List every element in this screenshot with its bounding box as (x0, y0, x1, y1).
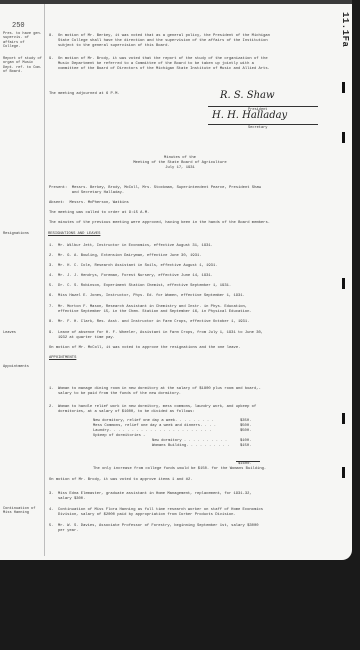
absent-list: Absent: Messrs. McPherson, Watkins (49, 201, 129, 206)
margin-note-resignations: Resignations (3, 232, 43, 236)
side-stamp: 11.1Fa (340, 12, 350, 47)
appointment-item: Woman to manage dining room in new dormi… (58, 387, 261, 392)
upkeep-amount: $150. (240, 444, 251, 449)
margin-note: Report of study of organ of Music Dept. … (3, 57, 43, 75)
salary-total: $1600. (238, 462, 252, 467)
appointment-item: salary $300. (58, 497, 85, 502)
section-heading-resignations: RESIGNATIONS AND LEAVES (48, 232, 100, 237)
item-number: 4. (49, 508, 54, 512)
resignation-item: Miss Hazel E. Jones, Instructor, Phys. E… (58, 294, 245, 299)
appointment-item: per year. (58, 529, 79, 534)
president-signature: R. S. Shaw (220, 90, 275, 101)
resignations-motion: On motion of Mr. McColl, it was voted to… (49, 346, 240, 351)
appointment-item: Miss Edna Elemaster, graduate assistant … (58, 492, 252, 497)
appointments-motion: On motion of Mr. Brody, it was voted to … (49, 478, 193, 483)
breakdown-amount: $500. (240, 429, 251, 434)
resignation-item: Dr. C. S. Robinson, Experiment Station C… (58, 284, 231, 289)
document-page: 11.1Fa 250 Pres. to have gen. supervis. … (0, 0, 352, 560)
appointment-item: dormitories, at a salary of $1600, to be… (58, 410, 195, 415)
adjourned-text: The meeting adjourned at 6 P.M. (49, 92, 120, 97)
item-line: Music Department be referred to a Commit… (58, 62, 254, 67)
tab-mark (342, 467, 345, 478)
page-number: 250 (12, 22, 25, 30)
secretary-signature: H. H. Halladay (212, 110, 287, 121)
resignation-item: Mr. F. H. Clark, Res. Asst. and Instruct… (58, 320, 249, 325)
called-to-order: The meeting was called to order at 9:15 … (49, 211, 149, 216)
breakdown-label: Mess Commons, relief one day a week and … (93, 424, 216, 429)
upkeep-amount: $100. (240, 439, 251, 444)
appointment-item: Division, salary of $2000 paid by approp… (58, 513, 236, 518)
minutes-heading: Meeting of the State Board of Agricultur… (100, 161, 260, 166)
item-line: On motion of Mr. Brody, it was voted tha… (58, 57, 268, 62)
signature-line (208, 106, 318, 107)
present-list: Present: Messrs. Berkey, Brody, McColl, … (49, 186, 261, 191)
resignation-item: effective September 15, in the Chem. Sta… (58, 310, 252, 315)
breakdown-label: New dormitory, relief one day a week. . … (93, 419, 214, 424)
item-number: 4. (49, 274, 54, 278)
item-number: 7. (49, 305, 54, 309)
margin-note-appointments: Appointments (3, 365, 43, 369)
breakdown-label: Laundry. . . . . . . . . . . . . . . . .… (93, 429, 211, 434)
item-number: 8. (49, 320, 54, 324)
item-line: On motion of Mr. Berkey, it was voted th… (58, 34, 270, 39)
item-number: 9. (49, 57, 54, 61)
previous-minutes: The minutes of the previous meeting were… (49, 221, 270, 226)
minutes-heading: Minutes of the (100, 156, 260, 161)
resignation-item: Mr. J. J. Hendrys, Foreman, Forest Nurse… (58, 274, 213, 279)
item-line: committee of the Board of Directors of t… (58, 67, 270, 72)
margin-note-leaves: Leaves (3, 331, 43, 335)
tab-mark (342, 132, 345, 143)
secretary-label: Secretary (248, 126, 267, 130)
appointment-item: Woman to handle relief work in new dormi… (58, 405, 256, 410)
leave-item: 1932 at quarter time pay. (58, 336, 115, 341)
item-number: 5. (49, 524, 54, 528)
resignation-item: Mr. Wilbur Jett, Instructor in Economics… (58, 244, 213, 249)
item-number: 3. (49, 492, 54, 496)
scan-edge (0, 0, 352, 4)
section-heading-appointments: APPOINTMENTS (49, 356, 76, 361)
tab-mark (342, 278, 345, 289)
breakdown-amount: $500. (240, 424, 251, 429)
appointment-item: salary to be paid from the funds of the … (58, 392, 181, 397)
item-number: 9. (49, 331, 54, 335)
upkeep-label: New dormitory . . . . . . . . . . (152, 439, 227, 444)
item-line: subject to the general supervision of th… (58, 44, 170, 49)
upkeep-label: Womans Building. . . . . . . . . . (152, 444, 229, 449)
item-number: 8. (49, 34, 54, 38)
item-number: 5. (49, 284, 54, 288)
item-line: State College shall have the direction a… (58, 39, 268, 44)
resignation-item: Mr. Morton F. Mason, Research Assistant … (58, 305, 247, 310)
leave-item: Leave of absence for H. F. Wheeler, Assi… (58, 331, 263, 336)
margin-note: Pres. to have gen. supervis. of affairs … (3, 32, 43, 50)
resignation-item: Mr. G. A. Bowling, Extension Dairyman, e… (58, 254, 202, 259)
item-number: 6. (49, 294, 54, 298)
resignation-item: Mr. H. C. Cole, Research Assistant in So… (58, 264, 218, 269)
item-number: 2. (49, 254, 54, 258)
minutes-date: July 17, 1931 (100, 166, 260, 171)
signature-line (208, 124, 318, 125)
increase-note: The only increase from college funds wou… (93, 467, 266, 472)
appointment-item: Mr. W. S. Davies, Associate Professor of… (58, 524, 259, 529)
item-number: 1. (49, 387, 54, 391)
appointment-item: Continuation of Miss Flora Hanning as fu… (58, 508, 263, 513)
tab-mark (342, 413, 345, 424)
item-number: 2. (49, 405, 54, 409)
breakdown-label: Upkeep of dormitories - (93, 434, 145, 439)
margin-note-continuation: Continuation of Miss Hanning (3, 507, 43, 516)
margin-rule (44, 4, 45, 556)
item-number: 1. (49, 244, 54, 248)
item-number: 3. (49, 264, 54, 268)
breakdown-amount: $350. (240, 419, 251, 424)
present-list: and Secretary Halladay. (49, 191, 124, 196)
tab-mark (342, 82, 345, 93)
